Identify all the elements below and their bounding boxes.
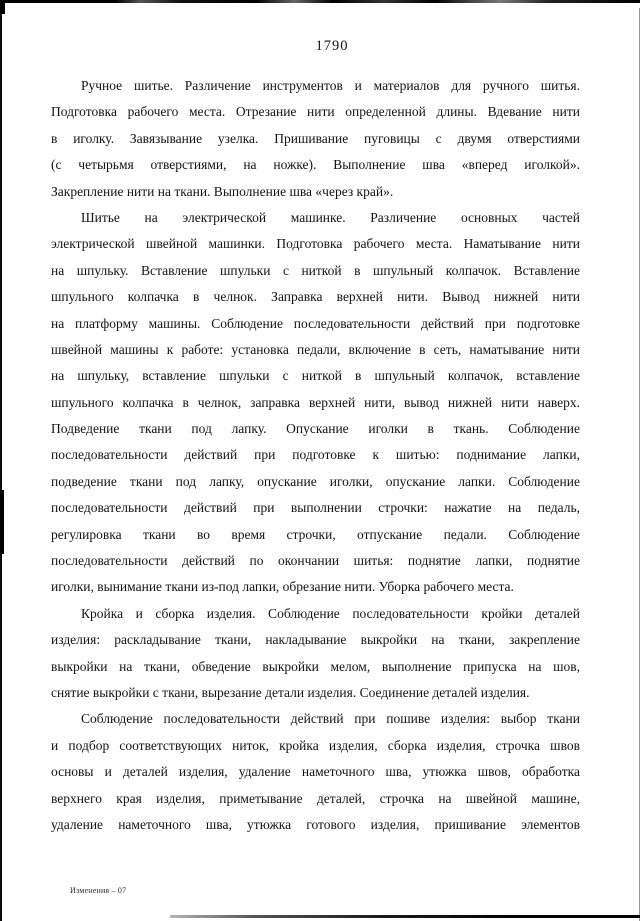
text-line: выкройки на ткани, обведение выкройки ме…: [51, 654, 580, 680]
scan-edge-left: [0, 0, 2, 921]
text-line: на шпульку. Вставление шпульки с ниткой …: [51, 258, 580, 284]
text-line: Ручное шитье. Различение инструментов и …: [51, 73, 580, 99]
text-line: подведение ткани под лапку, опускание иг…: [51, 469, 580, 495]
paragraph-hand-sewing: Ручное шитье. Различение инструментов и …: [51, 73, 580, 205]
text-line: Шитье на электрической машинке. Различен…: [51, 205, 580, 231]
scan-blob: [0, 490, 4, 554]
text-line: иголки, вынимание ткани из-под лапки, об…: [51, 574, 580, 600]
text-line: удаление наметочного шва, утюжка готовог…: [51, 812, 580, 838]
document-page: 1790 Ручное шитье. Различение инструмент…: [0, 0, 640, 921]
text-line: на платформу машины. Соблюдение последов…: [51, 311, 580, 337]
paragraph-cutting-assembly: Кройка и сборка изделия. Соблюдение посл…: [51, 601, 580, 707]
paragraph-machine-sewing: Шитье на электрической машинке. Различен…: [51, 205, 580, 601]
text-line: шпульного колпачка в челнок. Заправка ве…: [51, 284, 580, 310]
text-line: Подготовка рабочего места. Отрезание нит…: [51, 99, 580, 125]
text-line: верхнего края изделия, приметывание дета…: [51, 786, 580, 812]
text-line: последовательности действий при подготов…: [51, 442, 580, 468]
text-line: регулировка ткани во время строчки, отпу…: [51, 522, 580, 548]
text-line: последовательности действий при выполнен…: [51, 495, 580, 521]
text-line: и подбор соответствующих ниток, кройка и…: [51, 733, 580, 759]
text-line: шпульного колпачка в челнок, заправка ве…: [51, 390, 580, 416]
paragraph-garment-sewing: Соблюдение последовательности действий п…: [51, 706, 580, 838]
footer-revision-note: Изменения – 07: [70, 886, 126, 895]
text-line: последовательности действий по окончании…: [51, 548, 580, 574]
text-line: электрической швейной машинки. Подготовк…: [51, 231, 580, 257]
scan-edge-top: [0, 0, 640, 3]
text-line: Соблюдение последовательности действий п…: [51, 706, 580, 732]
text-line: на шпульку, вставление шпульки с ниткой …: [51, 363, 580, 389]
text-line: Закрепление нити на ткани. Выполнение шв…: [51, 179, 580, 205]
scan-blob: [0, 0, 5, 14]
text-line: изделия: раскладывание ткани, накладыван…: [51, 627, 580, 653]
text-line: Подведение ткани под лапку. Опускание иг…: [51, 416, 580, 442]
text-line: швейной машины к работе: установка педал…: [51, 337, 580, 363]
text-line: (с четырьмя отверстиями, на ножке). Выпо…: [51, 152, 580, 178]
text-line: Кройка и сборка изделия. Соблюдение посл…: [51, 601, 580, 627]
page-number: 1790: [0, 38, 640, 55]
text-line: в иголку. Завязывание узелка. Пришивание…: [51, 126, 580, 152]
text-line: снятие выкройки с ткани, вырезание детал…: [51, 680, 580, 706]
scan-edge-bottom: [170, 915, 640, 918]
text-line: основы и деталей изделия, удаление намет…: [51, 759, 580, 785]
document-body: Ручное шитье. Различение инструментов и …: [51, 73, 580, 838]
